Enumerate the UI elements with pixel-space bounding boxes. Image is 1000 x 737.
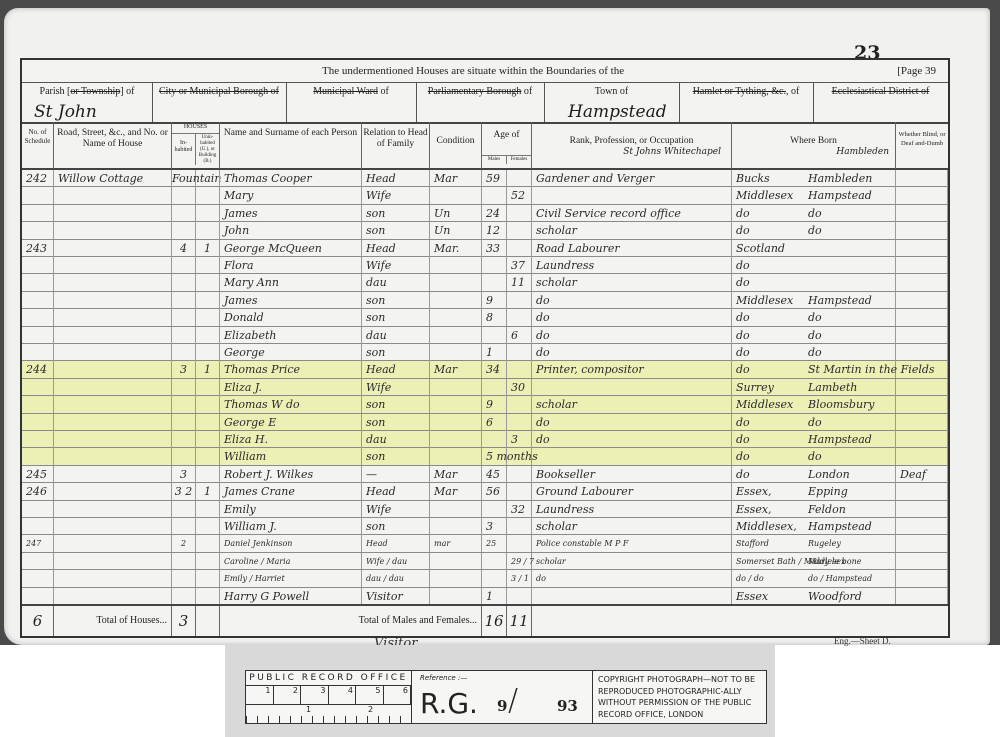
cell-born-county: Somerset Bath / Middlesex bbox=[732, 553, 804, 570]
cell-schedule bbox=[22, 501, 54, 518]
cell-blind-deaf bbox=[896, 414, 948, 431]
cell-age-male: 9 bbox=[482, 396, 507, 413]
cell-schedule bbox=[22, 414, 54, 431]
cell-occupation: scholar bbox=[532, 222, 732, 239]
total-houses-label: Total of Houses... bbox=[54, 606, 172, 636]
cell-age-male: 34 bbox=[482, 361, 507, 378]
cell-born-county: do bbox=[732, 344, 804, 361]
sheet-id: Eng.—Sheet D. bbox=[834, 636, 891, 646]
cell-age-female bbox=[507, 240, 532, 257]
cell-road bbox=[54, 518, 172, 535]
cell-age-female bbox=[507, 222, 532, 239]
table-row: Caroline / MariaWife / dau29 / 7scholarS… bbox=[22, 553, 948, 570]
archive-label: PUBLIC RECORD OFFICE 123456 12 Reference… bbox=[245, 670, 767, 724]
cell-schedule bbox=[22, 187, 54, 204]
cell-uninhabited bbox=[196, 205, 220, 222]
cell-uninhabited bbox=[196, 553, 220, 570]
cell-relation: son bbox=[362, 396, 430, 413]
cell-condition bbox=[430, 518, 482, 535]
area-borough: City or Municipal Borough of bbox=[152, 82, 287, 122]
cell-condition bbox=[430, 501, 482, 518]
cell-age-male: 56 bbox=[482, 483, 507, 500]
cell-schedule: 247 bbox=[22, 535, 54, 552]
cell-blind-deaf bbox=[896, 448, 948, 465]
cell-uninhabited bbox=[196, 570, 220, 587]
cell-condition: Mar bbox=[430, 483, 482, 500]
cell-name: Mary bbox=[220, 187, 362, 204]
cell-born-place: do / Hampstead bbox=[804, 570, 896, 587]
cell-occupation: Printer, compositor bbox=[532, 361, 732, 378]
cell-relation: dau bbox=[362, 274, 430, 291]
area-eccl-district: Ecclesiastical District of bbox=[813, 82, 948, 122]
table-row: 2463 21James CraneHeadMar56Ground Labour… bbox=[22, 483, 948, 500]
cell-born-place: Hampstead bbox=[804, 292, 896, 309]
cell-name: William bbox=[220, 448, 362, 465]
cell-schedule bbox=[22, 309, 54, 326]
cell-born-county: Middlesex bbox=[732, 187, 804, 204]
table-row: MaryWife52MiddlesexHampstead bbox=[22, 187, 948, 204]
cell-relation: dau bbox=[362, 327, 430, 344]
cell-blind-deaf bbox=[896, 309, 948, 326]
cell-condition bbox=[430, 344, 482, 361]
cell-born-county: do bbox=[732, 257, 804, 274]
cell-occupation: Police constable M P F bbox=[532, 535, 732, 552]
cell-name: Thomas Price bbox=[220, 361, 362, 378]
cell-inhabited bbox=[172, 431, 196, 448]
cell-born-county: do bbox=[732, 327, 804, 344]
cell-born-county: do bbox=[732, 222, 804, 239]
cell-name: Robert J. Wilkes bbox=[220, 466, 362, 483]
cell-name: Eliza J. bbox=[220, 379, 362, 396]
cell-schedule bbox=[22, 222, 54, 239]
cell-name: Donald bbox=[220, 309, 362, 326]
cell-born-place bbox=[804, 274, 896, 291]
cell-born-place: Lambeth bbox=[804, 379, 896, 396]
cell-blind-deaf bbox=[896, 379, 948, 396]
cell-blind-deaf bbox=[896, 170, 948, 187]
cell-schedule: 246 bbox=[22, 483, 54, 500]
cell-born-place bbox=[804, 240, 896, 257]
cell-schedule bbox=[22, 518, 54, 535]
cell-schedule: 244 bbox=[22, 361, 54, 378]
cell-age-female: 6 bbox=[507, 327, 532, 344]
col-occupation: Rank, Profession, or Occupation St Johns… bbox=[532, 122, 732, 170]
cell-relation: Head bbox=[362, 483, 430, 500]
reference-label: Reference :— bbox=[420, 674, 467, 682]
age-label: Age of bbox=[482, 130, 531, 141]
cell-inhabited bbox=[172, 588, 196, 605]
cell-schedule bbox=[22, 344, 54, 361]
cell-blind-deaf bbox=[896, 222, 948, 239]
cell-relation: Wife / dau bbox=[362, 553, 430, 570]
cell-uninhabited bbox=[196, 535, 220, 552]
cell-occupation: do bbox=[532, 327, 732, 344]
cell-born-county: do bbox=[732, 414, 804, 431]
table-row: 2453Robert J. Wilkes—Mar45BooksellerdoLo… bbox=[22, 466, 948, 483]
reference-series: R.G. bbox=[420, 687, 478, 720]
cell-name: Eliza H. bbox=[220, 431, 362, 448]
cell-schedule bbox=[22, 379, 54, 396]
col-schedule: No. of Schedule bbox=[22, 122, 54, 170]
cell-name: Emily bbox=[220, 501, 362, 518]
cell-born-county: do bbox=[732, 361, 804, 378]
cell-road bbox=[54, 240, 172, 257]
cell-road bbox=[54, 553, 172, 570]
cell-born-county: Bucks bbox=[732, 170, 804, 187]
cell-blind-deaf bbox=[896, 518, 948, 535]
cell-occupation: Laundress bbox=[532, 501, 732, 518]
cell-road bbox=[54, 466, 172, 483]
cell-age-male: 9 bbox=[482, 292, 507, 309]
cell-occupation bbox=[532, 187, 732, 204]
form-title-row: The undermentioned Houses are situate wi… bbox=[22, 60, 948, 83]
cell-age-male bbox=[482, 501, 507, 518]
cell-road bbox=[54, 327, 172, 344]
cell-name: George McQueen bbox=[220, 240, 362, 257]
pro-title: PUBLIC RECORD OFFICE bbox=[246, 671, 411, 686]
cell-uninhabited bbox=[196, 327, 220, 344]
page-label: [Page 39 bbox=[897, 65, 936, 77]
cell-born-place: do bbox=[804, 448, 896, 465]
table-row: 24341George McQueenHeadMar.33Road Labour… bbox=[22, 240, 948, 257]
cell-occupation: do bbox=[532, 431, 732, 448]
cell-born-place: Woodford bbox=[804, 588, 896, 605]
cell-condition bbox=[430, 553, 482, 570]
cell-born-county: Stafford bbox=[732, 535, 804, 552]
cell-age-female: 52 bbox=[507, 187, 532, 204]
col-males: Males bbox=[482, 156, 507, 164]
cell-name: Thomas W do bbox=[220, 396, 362, 413]
reference-block: Reference :— R.G. 9 / 93 bbox=[412, 671, 593, 723]
cell-blind-deaf bbox=[896, 553, 948, 570]
cell-uninhabited bbox=[196, 431, 220, 448]
cell-age-female bbox=[507, 466, 532, 483]
cell-born-county: Essex, bbox=[732, 501, 804, 518]
cell-relation: son bbox=[362, 309, 430, 326]
cell-road bbox=[54, 448, 172, 465]
cell-relation: Wife bbox=[362, 257, 430, 274]
cell-age-male: 3 bbox=[482, 518, 507, 535]
cell-age-male bbox=[482, 187, 507, 204]
cell-uninhabited bbox=[196, 396, 220, 413]
cell-occupation: do bbox=[532, 344, 732, 361]
cell-age-female bbox=[507, 414, 532, 431]
cell-age-male: 25 bbox=[482, 535, 507, 552]
cell-age-male: 1 bbox=[482, 344, 507, 361]
cell-condition: Mar. bbox=[430, 240, 482, 257]
cell-uninhabited bbox=[196, 274, 220, 291]
cell-age-female bbox=[507, 344, 532, 361]
cell-born-county: do bbox=[732, 309, 804, 326]
col-where-born: Where Born Hambleden bbox=[732, 122, 896, 170]
cell-occupation: Laundress bbox=[532, 257, 732, 274]
cell-born-county: Middlesex bbox=[732, 292, 804, 309]
cell-age-female bbox=[507, 170, 532, 187]
cell-born-place: Hampstead bbox=[804, 431, 896, 448]
cell-age-female bbox=[507, 396, 532, 413]
cell-age-male: 59 bbox=[482, 170, 507, 187]
cell-age-male: 1 bbox=[482, 588, 507, 605]
cell-born-place: do bbox=[804, 309, 896, 326]
cell-age-male bbox=[482, 274, 507, 291]
pro-ruler-block: PUBLIC RECORD OFFICE 123456 12 bbox=[246, 671, 412, 723]
cell-age-female bbox=[507, 309, 532, 326]
cell-occupation: Ground Labourer bbox=[532, 483, 732, 500]
cell-schedule: 245 bbox=[22, 466, 54, 483]
table-row: Elizabethdau6dododo bbox=[22, 327, 948, 344]
cell-age-female bbox=[507, 448, 532, 465]
cell-blind-deaf bbox=[896, 396, 948, 413]
occupation-note: St Johns Whitechapel bbox=[532, 147, 731, 158]
table-row: EmilyWife32LaundressEssex,Feldon bbox=[22, 501, 948, 518]
cell-born-place: Hampstead bbox=[804, 518, 896, 535]
cell-condition bbox=[430, 570, 482, 587]
cell-born-county: do bbox=[732, 466, 804, 483]
cell-blind-deaf bbox=[896, 205, 948, 222]
cell-blind-deaf bbox=[896, 257, 948, 274]
cell-schedule: 242 bbox=[22, 170, 54, 187]
cell-age-female: 3 bbox=[507, 431, 532, 448]
cell-age-female bbox=[507, 292, 532, 309]
total-people-label: Total of Males and Females... bbox=[220, 606, 482, 636]
cell-age-female: 30 bbox=[507, 379, 532, 396]
cell-inhabited: 2 bbox=[172, 535, 196, 552]
cell-condition: Un bbox=[430, 205, 482, 222]
table-row: Eliza J.Wife30SurreyLambeth bbox=[22, 379, 948, 396]
cell-uninhabited bbox=[196, 344, 220, 361]
cell-road bbox=[54, 414, 172, 431]
cell-condition: Mar bbox=[430, 170, 482, 187]
cell-occupation: do bbox=[532, 414, 732, 431]
cell-occupation: scholar bbox=[532, 274, 732, 291]
col-name: Name and Surname of each Person bbox=[220, 122, 362, 170]
cell-inhabited bbox=[172, 274, 196, 291]
area-town: Town of Hampstead bbox=[544, 82, 680, 122]
cell-occupation bbox=[532, 379, 732, 396]
cell-age-female: 3 / 1 bbox=[507, 570, 532, 587]
cell-age-male: 8 bbox=[482, 309, 507, 326]
table-row: Eliza H.dau3dodoHampstead bbox=[22, 431, 948, 448]
cell-inhabited bbox=[172, 570, 196, 587]
cell-name: James bbox=[220, 292, 362, 309]
cell-name: Caroline / Maria bbox=[220, 553, 362, 570]
cell-born-place: Rugeley bbox=[804, 535, 896, 552]
cell-age-male: 45 bbox=[482, 466, 507, 483]
cell-uninhabited: 1 bbox=[196, 483, 220, 500]
cell-uninhabited bbox=[196, 448, 220, 465]
cell-blind-deaf bbox=[896, 240, 948, 257]
cell-uninhabited: 1 bbox=[196, 240, 220, 257]
cell-name: James bbox=[220, 205, 362, 222]
cell-inhabited bbox=[172, 309, 196, 326]
cell-age-female: 11 bbox=[507, 274, 532, 291]
cell-condition bbox=[430, 309, 482, 326]
cell-uninhabited bbox=[196, 257, 220, 274]
cell-blind-deaf bbox=[896, 344, 948, 361]
table-row: Mary Anndau11scholardo bbox=[22, 274, 948, 291]
cm-scale: 123456 bbox=[246, 686, 411, 705]
form-title: The undermentioned Houses are situate wi… bbox=[322, 65, 624, 77]
col-relation: Relation to Head of Family bbox=[362, 122, 430, 170]
cell-age-female bbox=[507, 518, 532, 535]
table-row: Jamesson9doMiddlesexHampstead bbox=[22, 292, 948, 309]
cell-born-place bbox=[804, 257, 896, 274]
table-row: William J.son3scholarMiddlesex,Hampstead bbox=[22, 518, 948, 535]
cell-condition bbox=[430, 396, 482, 413]
cell-schedule bbox=[22, 588, 54, 605]
cell-relation: Wife bbox=[362, 501, 430, 518]
cell-age-male: 12 bbox=[482, 222, 507, 239]
cell-inhabited: Fountain bbox=[172, 170, 196, 187]
cell-born-county: do bbox=[732, 431, 804, 448]
table-row: 2472Daniel JenkinsonHeadmar25Police cons… bbox=[22, 535, 948, 552]
cell-inhabited bbox=[172, 396, 196, 413]
cell-road bbox=[54, 292, 172, 309]
cell-uninhabited bbox=[196, 292, 220, 309]
total-males: 16 bbox=[482, 606, 507, 636]
cell-road bbox=[54, 205, 172, 222]
cell-age-female: 32 bbox=[507, 501, 532, 518]
cell-uninhabited bbox=[196, 588, 220, 605]
census-form: The undermentioned Houses are situate wi… bbox=[20, 58, 950, 638]
cell-road bbox=[54, 344, 172, 361]
cell-occupation: do bbox=[532, 570, 732, 587]
cell-schedule bbox=[22, 274, 54, 291]
cell-road bbox=[54, 257, 172, 274]
cell-occupation: Gardener and Verger bbox=[532, 170, 732, 187]
cell-inhabited bbox=[172, 187, 196, 204]
cell-blind-deaf bbox=[896, 501, 948, 518]
cell-inhabited bbox=[172, 553, 196, 570]
total-houses-value: 3 bbox=[172, 606, 196, 636]
cell-age-female bbox=[507, 361, 532, 378]
cell-occupation: scholar bbox=[532, 396, 732, 413]
cell-born-county: Scotland bbox=[732, 240, 804, 257]
col-age: Age of Males Females bbox=[482, 122, 532, 170]
cell-name: John bbox=[220, 222, 362, 239]
cell-born-place: do bbox=[804, 222, 896, 239]
cell-relation: Head bbox=[362, 535, 430, 552]
cell-condition bbox=[430, 448, 482, 465]
cell-road bbox=[54, 535, 172, 552]
cell-uninhabited bbox=[196, 309, 220, 326]
cell-road bbox=[54, 222, 172, 239]
table-row: 24431Thomas PriceHeadMar34Printer, compo… bbox=[22, 361, 948, 378]
cell-uninhabited bbox=[196, 170, 220, 187]
cell-born-place: Epping bbox=[804, 483, 896, 500]
cell-name: George E bbox=[220, 414, 362, 431]
cell-condition: Un bbox=[430, 222, 482, 239]
cell-blind-deaf bbox=[896, 327, 948, 344]
col-females: Females bbox=[507, 156, 531, 164]
cell-born-county: do bbox=[732, 448, 804, 465]
cell-age-male: 5 months bbox=[482, 448, 507, 465]
cell-relation: son bbox=[362, 414, 430, 431]
cell-age-male bbox=[482, 257, 507, 274]
cell-name: Flora bbox=[220, 257, 362, 274]
cell-condition bbox=[430, 379, 482, 396]
cell-inhabited bbox=[172, 292, 196, 309]
cell-born-place: Bloomsbury bbox=[804, 396, 896, 413]
cell-road bbox=[54, 187, 172, 204]
cell-condition bbox=[430, 257, 482, 274]
parish-value: St John bbox=[34, 102, 97, 122]
col-blind-deaf: Whether Blind, or Deaf and-Dumb bbox=[896, 122, 948, 170]
cell-occupation bbox=[532, 588, 732, 605]
cell-road bbox=[54, 309, 172, 326]
cell-inhabited bbox=[172, 344, 196, 361]
cell-uninhabited bbox=[196, 414, 220, 431]
cell-inhabited bbox=[172, 501, 196, 518]
total-females: 11 bbox=[507, 606, 532, 636]
cell-born-place: do bbox=[804, 205, 896, 222]
cell-age-male bbox=[482, 327, 507, 344]
cell-inhabited: 3 2 bbox=[172, 483, 196, 500]
cell-schedule bbox=[22, 553, 54, 570]
houses-label: HOUSES bbox=[172, 124, 219, 131]
where-born-note: Hambleden bbox=[732, 147, 895, 158]
cell-name: Thomas Cooper bbox=[220, 170, 362, 187]
cell-age-male: 6 bbox=[482, 414, 507, 431]
cell-road bbox=[54, 501, 172, 518]
cell-condition bbox=[430, 414, 482, 431]
table-row: Georgeson1dododo bbox=[22, 344, 948, 361]
cell-name: Emily / Harriet bbox=[220, 570, 362, 587]
cell-condition bbox=[430, 274, 482, 291]
col-uninhabited: Unin-habited (U.), or Building (B.) bbox=[196, 134, 219, 165]
cell-born-county: do bbox=[732, 205, 804, 222]
cell-relation: son bbox=[362, 205, 430, 222]
cell-inhabited bbox=[172, 414, 196, 431]
cell-born-place: do bbox=[804, 327, 896, 344]
area-parish: Parish [or Township] of St John bbox=[22, 82, 153, 122]
cell-occupation: do bbox=[532, 292, 732, 309]
cell-condition bbox=[430, 327, 482, 344]
table-row: JohnsonUn12scholardodo bbox=[22, 222, 948, 239]
area-parl-borough: Parliamentary Borough of bbox=[416, 82, 545, 122]
table-row: Williamson5 monthsdodo bbox=[22, 448, 948, 465]
cell-born-county: Surrey bbox=[732, 379, 804, 396]
cell-condition: Mar bbox=[430, 361, 482, 378]
cell-born-county: do / do bbox=[732, 570, 804, 587]
cell-age-female bbox=[507, 588, 532, 605]
cell-uninhabited bbox=[196, 501, 220, 518]
cell-relation: dau / dau bbox=[362, 570, 430, 587]
cell-relation: Wife bbox=[362, 379, 430, 396]
cell-occupation: scholar bbox=[532, 553, 732, 570]
area-row: Parish [or Township] of St John City or … bbox=[22, 82, 948, 124]
cell-age-male bbox=[482, 553, 507, 570]
cell-occupation: scholar bbox=[532, 518, 732, 535]
cell-road bbox=[54, 483, 172, 500]
cell-inhabited: 4 bbox=[172, 240, 196, 257]
census-page: 23 The undermentioned Houses are situate… bbox=[4, 8, 990, 645]
cell-inhabited bbox=[172, 205, 196, 222]
cell-inhabited bbox=[172, 518, 196, 535]
cell-schedule bbox=[22, 431, 54, 448]
cell-age-male bbox=[482, 570, 507, 587]
col-condition: Condition bbox=[430, 122, 482, 170]
table-row: Donaldson8dododo bbox=[22, 309, 948, 326]
col-road: Road, Street, &c., and No. or Name of Ho… bbox=[54, 122, 172, 170]
cell-occupation: Bookseller bbox=[532, 466, 732, 483]
cell-inhabited bbox=[172, 257, 196, 274]
table-row: Harry G PowellVisitor1EssexWoodford bbox=[22, 588, 948, 605]
cell-relation: dau bbox=[362, 431, 430, 448]
cell-uninhabited bbox=[196, 466, 220, 483]
cell-blind-deaf bbox=[896, 187, 948, 204]
cell-blind-deaf bbox=[896, 292, 948, 309]
